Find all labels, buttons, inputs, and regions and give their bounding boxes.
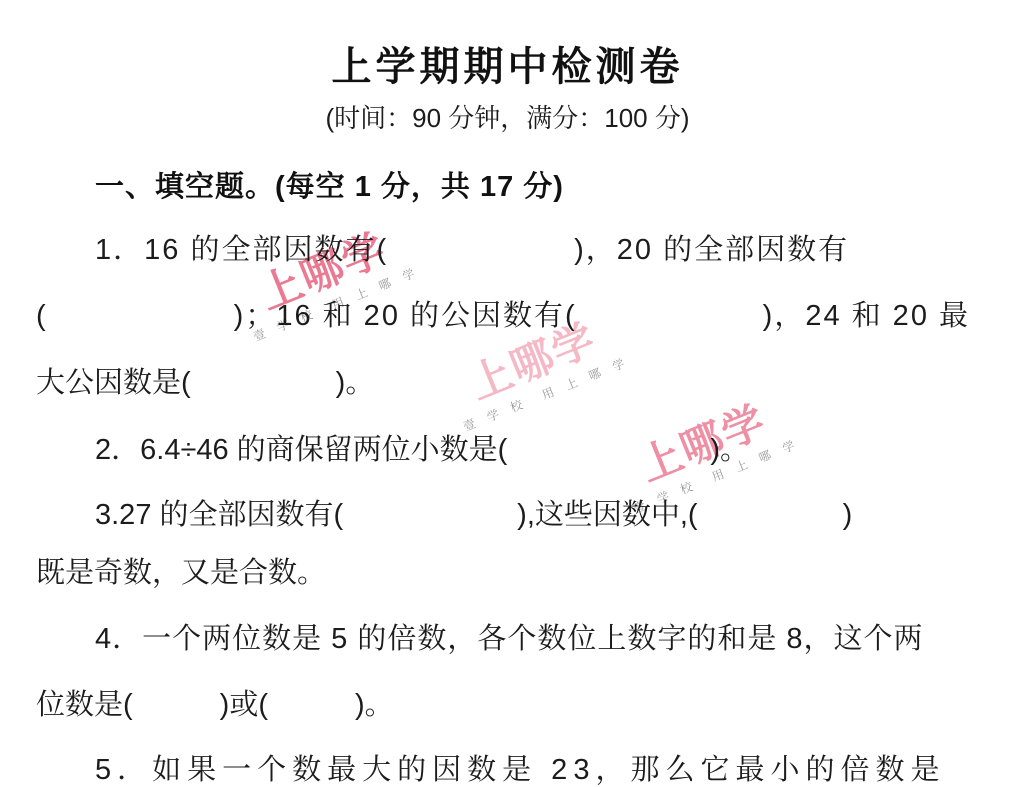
exam-time-score-info: (时间：90 分钟，满分：100 分) — [0, 98, 1015, 135]
exam-paper: 上哪学 壹 学 校 用 上 哪 学 上哪学 壹 学 校 用 上 哪 学 上哪学 … — [0, 0, 1015, 787]
section-1-heading: 一、填空题。(每空 1 分，共 17 分) — [95, 164, 564, 205]
question-3-line-2: 既是奇数，又是合数。 — [36, 550, 326, 591]
question-3-line-1: 3.27 的全部因数有( ),这些因数中,( ) — [95, 492, 852, 533]
question-1-line-2: ( )；16 和 20 的公因数有( )，24 和 20 最 — [36, 293, 970, 334]
question-1-line-1: 1．16 的全部因数有( )，20 的全部因数有 — [95, 227, 849, 268]
question-4-line-1: 4．一个两位数是 5 的倍数，各个数位上数字的和是 8，这个两 — [95, 616, 924, 657]
question-4-line-2: 位数是( )或( )。 — [36, 682, 394, 723]
question-2-line-1: 2．6.4÷46 的商保留两位小数是( )。 — [95, 427, 749, 468]
question-5-line-1: 5．如果一个数最大的因数是 23，那么它最小的倍数是 — [95, 747, 945, 787]
watermark-tagline-text: 壹 学 校 用 上 哪 学 — [461, 353, 632, 435]
question-1-line-3: 大公因数是( )。 — [36, 360, 374, 401]
exam-title: 上学期期中检测卷 — [0, 35, 1015, 92]
